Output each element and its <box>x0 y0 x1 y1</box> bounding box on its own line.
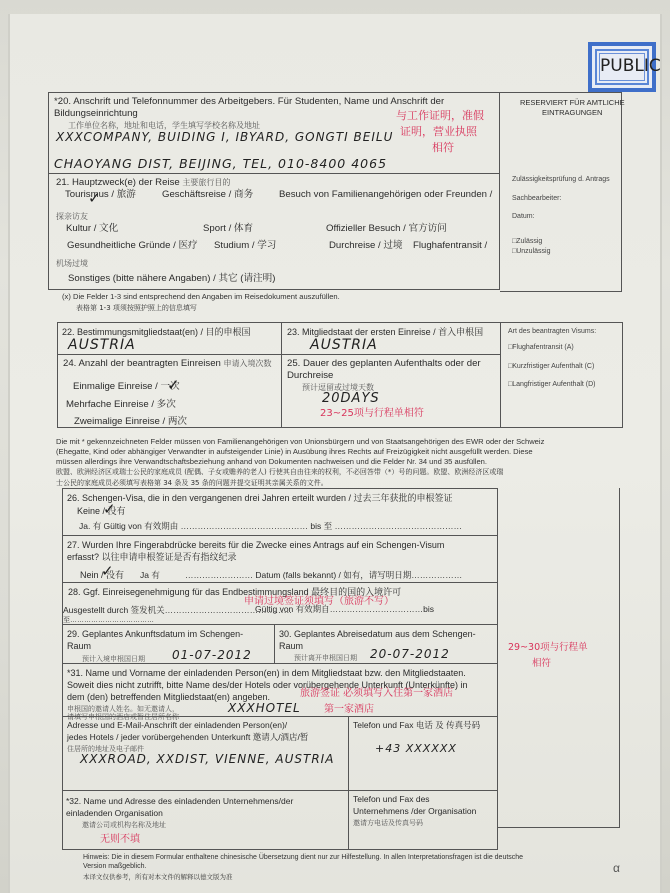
field24-double-entry[interactable]: Zweimalige Einreise / 两次 <box>74 416 187 428</box>
purpose-study[interactable]: Studium / 学习 <box>214 240 276 252</box>
field28-to[interactable]: 至……………………………… <box>63 615 154 627</box>
purpose-business[interactable]: Geschäftsreise / 商务 <box>162 189 253 201</box>
field30-value[interactable]: 20-07-2012 <box>370 647 450 661</box>
admissibility-check: Zulässigkeitsprüfung d. Antrags <box>512 174 610 186</box>
field26-label: 26. Schengen-Visa, die in den vergangene… <box>67 492 453 504</box>
date-label: Datum: <box>512 211 535 223</box>
field24-single-entry[interactable]: Einmalige Einreise / 一次 <box>73 381 180 393</box>
field25-label-2: Durchreise <box>287 370 333 382</box>
clerk-label: Sachbearbeiter: <box>512 193 561 205</box>
field31-address-label-2: jedes Hotels / jeder vorübergehenden Unt… <box>67 731 308 743</box>
purpose-family-visit-zh: 探亲访友 <box>56 211 88 223</box>
field30-label-zh: 预计离开申根国日期 <box>294 652 357 664</box>
purpose-official[interactable]: Offizieller Besuch / 官方访问 <box>326 223 447 235</box>
field20-label-2: Bildungseinrichtung <box>54 108 138 120</box>
field30-label-2: Raum <box>279 640 303 652</box>
field32-annotation: 无则不填 <box>100 832 140 848</box>
field20-annotation-1: 与工作证明，准假 <box>396 108 484 124</box>
field32-phone-label-2: Unternehmens /der Organisation <box>353 805 476 817</box>
field20-annotation-3: 相符 <box>432 140 454 156</box>
side-annotation-1: 29~30项与行程单 <box>508 640 588 656</box>
visa-type-long-stay[interactable]: Langfristiger Aufenthalt (D) <box>508 379 596 391</box>
reserved-title-2: Eintragungen <box>542 107 602 119</box>
field31-address-value[interactable]: XXXROAD, XXDIST, VIENNE, AUSTRIA <box>80 752 334 766</box>
field31-phone-label: Telefon und Fax 电话 及 传真号码 <box>353 719 480 731</box>
field32-label-2: einladenden Organisation <box>66 807 163 819</box>
purpose-sport[interactable]: Sport / 体育 <box>203 223 253 235</box>
field31-label-1: *31. Name und Vorname der einladenden Pe… <box>67 667 466 679</box>
footer-hint-zh: 本译文仅供参考，所有对本文件的解释以德文版为准 <box>83 872 233 883</box>
field24-label: 24. Anzahl der beantragten Einreisen 申请入… <box>63 358 272 370</box>
purpose-culture[interactable]: Kultur / 文化 <box>66 223 118 235</box>
field24-multiple-entry[interactable]: Mehrfache Einreise / 多次 <box>66 399 176 411</box>
purpose-family-visit[interactable]: Besuch von Familienangehörigen oder Freu… <box>279 189 492 201</box>
field22-value[interactable]: AUSTRIA <box>68 337 136 353</box>
field32-label-zh: 邀请公司或机构名称及地址 <box>82 819 166 831</box>
tourism-checkmark-icon: ✓ <box>88 189 101 207</box>
field31-address-label-1: Adresse und E-Mail-Anschrift der einlade… <box>67 719 287 731</box>
family-note-1: Die mit * gekennzeichneten Felder müssen… <box>56 437 544 448</box>
family-note-3: müssen allerdings ihre Verwandtschaftsbe… <box>56 457 487 468</box>
field20-value-2[interactable]: CHAOYANG DIST, BEIJING, TEL, 010-8400 40… <box>54 156 387 171</box>
family-note-4: 欧盟、欧洲经济区或瑞士公民的家庭成员 (配偶、子女或赡养的老人) 行使其自由往来… <box>56 467 503 478</box>
field26-yes-line[interactable]: Ja. 有 Gültig von 有效期由 ……………………………………… bi… <box>79 520 462 532</box>
right-margin-panel <box>498 488 620 828</box>
footer-hint-2: Version maßgeblich. <box>83 862 146 873</box>
field32-phone-label-zh: 邀请方电话及传真号码 <box>353 817 423 829</box>
single-entry-checkmark-icon: ✓ <box>167 376 180 394</box>
field20-value-1[interactable]: XXXCOMPANY, BUIDING I, IBYARD, GONGTI BE… <box>56 130 393 144</box>
field29-value[interactable]: 01-07-2012 <box>172 648 252 662</box>
purpose-health[interactable]: Gesundheitliche Gründe / 医疗 <box>67 240 198 252</box>
field31-annotation-2: 第一家酒店 <box>324 702 374 718</box>
field27-label-2: erfasst? 以往申请申根签证是否有指纹纪录 <box>67 551 237 563</box>
visa-type-airport-transit[interactable]: Flughafentransit (A) <box>508 342 574 354</box>
field32-label-1: *32. Name und Adresse des einladenden Un… <box>66 795 293 807</box>
field26-none[interactable]: Keine / 没有 <box>77 505 126 517</box>
field31-value[interactable]: XXXHOTEL <box>228 701 301 715</box>
stamp-label: PUBLIC <box>600 56 661 76</box>
field32-phone-label-1: Telefon und Fax des <box>353 793 430 805</box>
field29-label-1: 29. Geplantes Ankunftsdatum im Schengen- <box>67 628 243 640</box>
page-mark: α <box>613 862 620 874</box>
reserved-official-panel <box>500 92 622 292</box>
purpose-transit[interactable]: Durchreise / 过境 <box>329 240 403 252</box>
field30-label-1: 30. Geplantes Abreisedatum aus dem Schen… <box>279 628 476 640</box>
field27-date-line[interactable]: …………………… Datum (falls bekannt) / 如有，请写明日… <box>185 569 462 581</box>
fields-1-3-note: (x) Die Felder 1-3 sind entsprechend den… <box>62 292 340 303</box>
inadmissible-checkbox[interactable]: Unzulässig <box>512 246 550 258</box>
fingerprint-no-checkmark-icon: ✓ <box>101 562 114 580</box>
family-note-2: (Ehegatte, Kind oder abhängiger Verwandt… <box>56 447 533 458</box>
field20-label-1: *20. Anschrift und Telefonnummer des Arb… <box>54 96 444 108</box>
footer-hint-1: Hinweis: Die in diesem Formular enthalte… <box>83 853 523 864</box>
field27-yes[interactable]: Ja 有 <box>140 569 160 581</box>
field25-annotation: 23~25项与行程单相符 <box>320 406 424 422</box>
public-stamp: PUBLIC <box>588 42 656 92</box>
field25-value[interactable]: 20DAYS <box>322 391 380 406</box>
side-annotation-2: 相符 <box>532 656 551 672</box>
field28-valid-from[interactable]: Gültig von 有效期自……………………………bis <box>255 603 434 615</box>
field29-label-2: Raum <box>67 640 91 652</box>
field29-label-zh: 预计入境申根国日期 <box>82 653 145 665</box>
field31-annotation-1: 旅游签证 必须填写入住第一家酒店 <box>300 686 453 702</box>
field23-value[interactable]: AUSTRIA <box>310 337 378 353</box>
family-note-5: 士公民的家庭成员必须填写表格第 34 条及 35 条的问题并提交证明其亲属关系的… <box>56 478 328 489</box>
purpose-other[interactable]: Sonstiges (bitte nähere Angaben) / 其它 (请… <box>68 273 275 285</box>
schengen-none-checkmark-icon: ✓ <box>103 500 116 518</box>
purpose-airport-transit[interactable]: Flughafentransit / <box>413 240 487 252</box>
field27-label-1: 27. Wurden Ihre Fingerabdrücke bereits f… <box>67 539 444 551</box>
field25-label-1: 25. Dauer des geplanten Aufenthalts oder… <box>287 358 481 370</box>
field20-annotation-2: 证明，营业执照 <box>400 124 477 140</box>
visa-type-short-stay[interactable]: Kurzfristiger Aufenthalt (C) <box>508 361 594 373</box>
visa-type-title: Art des beantragten Visums: <box>508 326 596 338</box>
field21-label: 21. Hauptzweck(e) der Reise 主要旅行目的 <box>56 177 230 189</box>
fields-1-3-note-zh: 表格第 1-3 项须按照护照上的信息填写 <box>76 303 197 314</box>
purpose-airport-transit-zh: 机场过境 <box>56 258 88 270</box>
field31-phone-value[interactable]: +43 XXXXXX <box>375 742 457 755</box>
